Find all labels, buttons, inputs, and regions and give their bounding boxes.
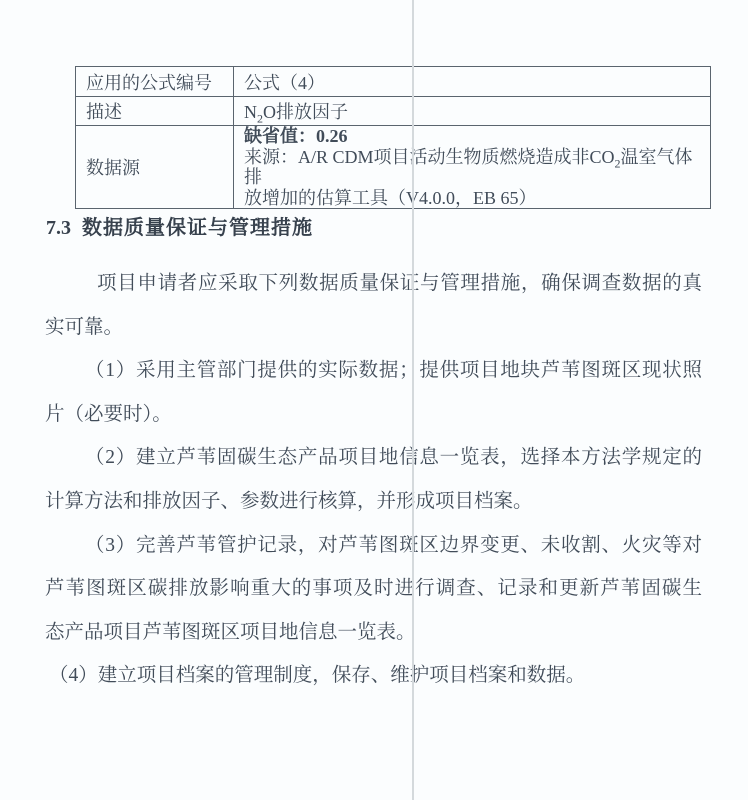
table-cell-value: 缺省值：0.26 来源：A/R CDM项目活动生物质燃烧造成非CO2温室气体排 …	[234, 126, 711, 209]
table-cell-label: 描述	[76, 97, 234, 126]
text-line: 态产品项目芦苇图斑区项目地信息一览表。	[45, 611, 702, 655]
table-row: 应用的公式编号 公式（4）	[76, 67, 711, 97]
text-line: （3）完善芦苇管护记录，对芦苇图斑区边界变更、未收割、火灾等对	[45, 524, 702, 568]
text-line: 片（必要时）。	[45, 393, 702, 437]
section-number: 7.3	[46, 217, 71, 239]
body-text: 项目申请者应采取下列数据质量保证与管理措施，确保调查数据的真 实可靠。 （1）采…	[45, 262, 702, 698]
text-line: 芦苇图斑区碳排放影响重大的事项及时进行调查、记录和更新芦苇固碳生	[45, 567, 702, 611]
section-heading: 7.3数据质量保证与管理措施	[46, 211, 313, 240]
text-line: 项目申请者应采取下列数据质量保证与管理措施，确保调查数据的真	[45, 262, 702, 306]
table-cell-value: 公式（4）	[234, 67, 711, 97]
source-line-2: 放增加的估算工具（V4.0.0，EB 65）	[244, 188, 700, 209]
text-line: （1）采用主管部门提供的实际数据；提供项目地块芦苇图斑区现状照	[45, 349, 702, 393]
text-line: （4）建立项目档案的管理制度，保存、维护项目档案和数据。	[45, 654, 702, 698]
page-fold-line	[412, 0, 414, 800]
table-cell-label: 应用的公式编号	[76, 67, 234, 97]
text-line: 实可靠。	[45, 306, 702, 350]
table-row: 描述 N2O排放因子	[76, 97, 711, 126]
table-row: 数据源 缺省值：0.26 来源：A/R CDM项目活动生物质燃烧造成非CO2温室…	[76, 126, 711, 209]
source-text-prefix: 来源：A/R CDM项目活动生物质燃烧造成非CO	[244, 147, 615, 167]
section-title: 数据质量保证与管理措施	[82, 217, 313, 239]
text-line: （2）建立芦苇固碳生态产品项目地信息一览表，选择本方法学规定的	[45, 436, 702, 480]
chem-formula-prefix: N	[244, 102, 257, 122]
default-value-line: 缺省值：0.26	[244, 126, 700, 147]
parameter-table: 应用的公式编号 公式（4） 描述 N2O排放因子 数据源 缺省值：0.26 来源…	[75, 66, 711, 209]
table-cell-value: N2O排放因子	[234, 97, 711, 126]
document-page: 应用的公式编号 公式（4） 描述 N2O排放因子 数据源 缺省值：0.26 来源…	[0, 0, 748, 800]
text-line: 计算方法和排放因子、参数进行核算，并形成项目档案。	[45, 480, 702, 524]
source-line-1: 来源：A/R CDM项目活动生物质燃烧造成非CO2温室气体排	[244, 147, 700, 188]
table-cell-label: 数据源	[76, 126, 234, 209]
chem-formula-suffix: O排放因子	[263, 102, 348, 122]
